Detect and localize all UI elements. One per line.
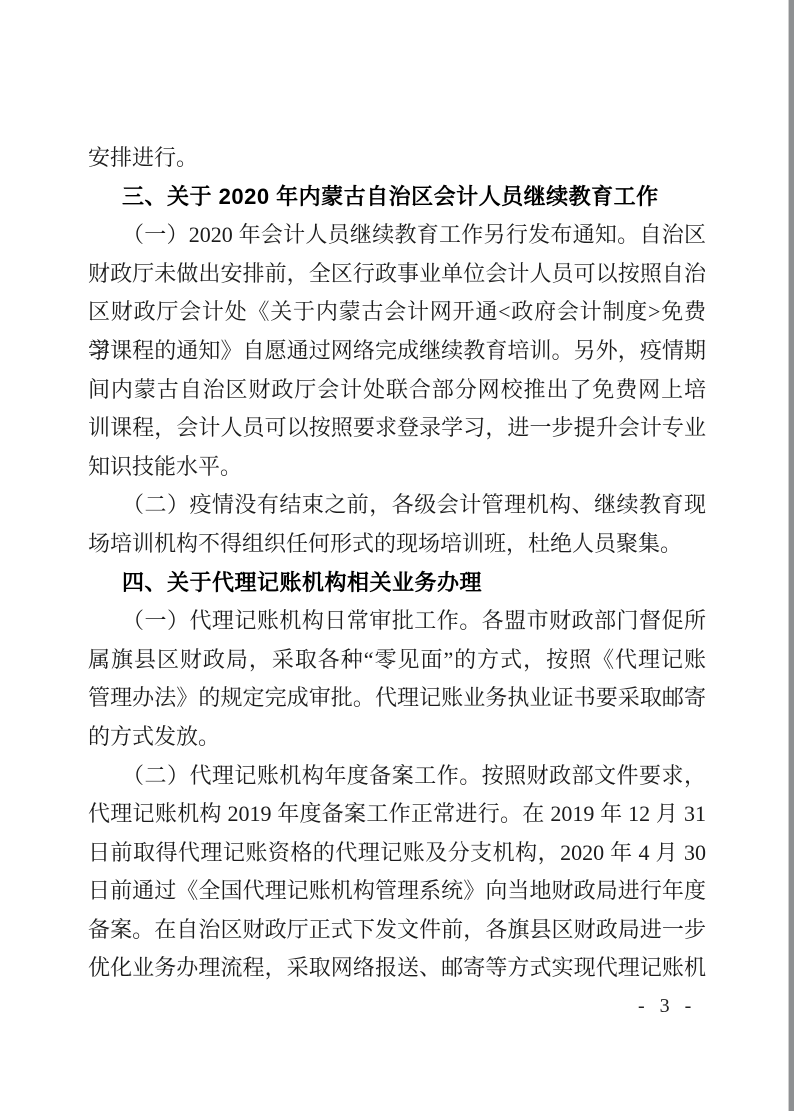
document-line: 日前通过《全国代理记账机构管理系统》向当地财政局进行年度	[88, 872, 706, 911]
document-line: 区财政厅会计处《关于内蒙古会计网开通<政府会计制度>免费学	[88, 293, 706, 332]
document-line: 财政厅未做出安排前，全区行政事业单位会计人员可以按照自治	[88, 255, 706, 294]
document-line: 属旗县区财政局，采取各种“零见面”的方式，按照《代理记账	[88, 641, 706, 680]
document-line: 日前取得代理记账资格的代理记账及分支机构，2020 年 4 月 30	[88, 834, 706, 873]
document-line: 安排进行。	[88, 139, 706, 178]
document-line: （一）2020 年会计人员继续教育工作另行发布通知。自治区	[88, 216, 706, 255]
document-line: 优化业务办理流程，采取网络报送、邮寄等方式实现代理记账机	[88, 949, 706, 988]
document-line: 代理记账机构 2019 年度备案工作正常进行。在 2019 年 12 月 31	[88, 795, 706, 834]
document-line: （二）代理记账机构年度备案工作。按照财政部文件要求，	[88, 757, 706, 796]
document-line: 场培训机构不得组织任何形式的现场培训班，杜绝人员聚集。	[88, 525, 706, 564]
section-heading: 三、关于 2020 年内蒙古自治区会计人员继续教育工作	[88, 178, 706, 217]
document-line: 训课程，会计人员可以按照要求登录学习，进一步提升会计专业	[88, 409, 706, 448]
scan-edge-shadow	[788, 0, 794, 1111]
document-line: 的方式发放。	[88, 718, 706, 757]
page-number: - 3 -	[638, 995, 696, 1018]
document-line: 习课程的通知》自愿通过网络完成继续教育培训。另外，疫情期	[88, 332, 706, 371]
document-line: （二）疫情没有结束之前，各级会计管理机构、继续教育现	[88, 486, 706, 525]
section-heading: 四、关于代理记账机构相关业务办理	[88, 564, 706, 603]
document-line: 间内蒙古自治区财政厅会计处联合部分网校推出了免费网上培	[88, 371, 706, 410]
document-body: 安排进行。三、关于 2020 年内蒙古自治区会计人员继续教育工作（一）2020 …	[88, 139, 706, 988]
document-line: 管理办法》的规定完成审批。代理记账业务执业证书要采取邮寄	[88, 679, 706, 718]
document-line: （一）代理记账机构日常审批工作。各盟市财政部门督促所	[88, 602, 706, 641]
document-line: 备案。在自治区财政厅正式下发文件前，各旗县区财政局进一步	[88, 911, 706, 950]
document-line: 知识技能水平。	[88, 448, 706, 487]
document-page: 安排进行。三、关于 2020 年内蒙古自治区会计人员继续教育工作（一）2020 …	[0, 0, 794, 1111]
